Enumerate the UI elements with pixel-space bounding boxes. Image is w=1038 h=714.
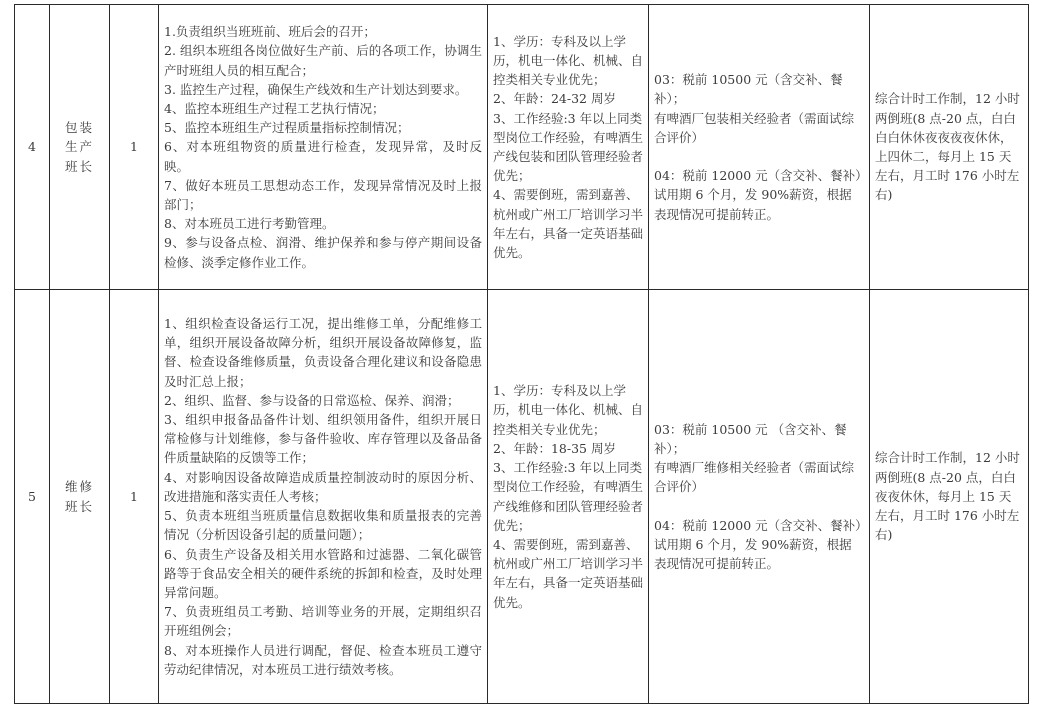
requirement-item: 3、工作经验:3 年以上同类型岗位工作经验，有啤酒生产线维修和团队管理经验者优先… (493, 458, 643, 535)
position-title-line: 包装 (55, 118, 104, 137)
duty-item: 8、对本班员工进行考勤管理。 (164, 214, 482, 233)
row-number: 5 (15, 290, 50, 704)
requirement-item: 2、年龄：18-35 周岁 (493, 439, 643, 458)
position-title-line: 生产 (55, 137, 104, 156)
job-requirements: 1、学历：专科及以上学历，机电一体化、机械、自控类相关专业优先； 2、年龄：24… (488, 5, 649, 290)
duty-item: 8、对本班操作人员进行调配，督促、检查本班员工遵守劳动纪律情况，对本班员工进行绩… (164, 641, 482, 679)
table-row: 5 维修 班长 1 1、组织检查设备运行工况，提出维修工单，分配维修工单，组织开… (15, 290, 1029, 704)
duty-item: 2、组织、监督、参与设备的日常巡检、保养、润滑； (164, 391, 482, 410)
job-requirements: 1、学历：专科及以上学历，机电一体化、机械、自控类相关专业优先； 2、年龄：18… (488, 290, 649, 704)
duty-item: 1、组织检查设备运行工况，提出维修工单，分配维修工单，组织开展设备故障分析，组织… (164, 314, 482, 391)
headcount: 1 (110, 290, 159, 704)
duty-item: 4、对影响因设备故障造成质量控制波动时的原因分析、改进措施和落实责任人考核； (164, 468, 482, 506)
duty-item: 7、做好本班员工思想动态工作，发现异常情况及时上报部门； (164, 176, 482, 214)
position-title: 维修 班长 (50, 290, 110, 704)
duty-item: 6、对本班组物资的质量进行检查，发现异常，及时反映。 (164, 137, 482, 175)
position-title-line: 维修 (55, 477, 104, 496)
duty-item: 2. 组织本班组各岗位做好生产前、后的各项工作，协调生产时班组人员的相互配合； (164, 41, 482, 79)
salary-grade-03: 03：税前 10500 元 （含交补、餐补）； (654, 420, 864, 458)
duty-item: 4、监控本班组生产过程工艺执行情况； (164, 99, 482, 118)
requirement-item: 4、需要倒班，需到嘉善、杭州或广州工厂培训学习半年左右，具备一定英语基础优先。 (493, 535, 643, 612)
probation-note: 试用期 6 个月，发 90%薪资，根据表现情况可提前转正。 (654, 185, 864, 223)
duty-item: 7、负责班组员工考勤、培训等业务的开展，定期组织召开班组例会； (164, 602, 482, 640)
requirement-item: 4、需要倒班，需到嘉善、杭州或广州工厂培训学习半年左右，具备一定英语基础优先。 (493, 185, 643, 262)
salary-grade-04: 04：税前 12000 元（含交补、餐补） (654, 516, 864, 535)
row-number: 4 (15, 5, 50, 290)
duty-item: 5、负责本班组当班质量信息数据收集和质量报表的完善情况（分析因设备引起的质量问题… (164, 506, 482, 544)
salary-grade-03-note: 有啤酒厂包装相关经验者（需面试综合评价） (654, 109, 864, 147)
salary-grade-04: 04：税前 12000 元（含交补、餐补） (654, 166, 864, 185)
duty-item: 3、组织申报备品备件计划、组织领用备件，组织开展日常检修与计划维修，参与备件验收… (164, 410, 482, 468)
working-hours: 综合计时工作制，12 小时两倒班(8 点-20 点，白白夜夜休休，每月上 15 … (870, 290, 1029, 704)
position-title-line: 班长 (55, 497, 104, 516)
salary-info: 03：税前 10500 元 （含交补、餐补）； 有啤酒厂维修相关经验者（需面试综… (649, 290, 870, 704)
duty-item: 5、监控本班组生产过程质量指标控制情况； (164, 118, 482, 137)
salary-grade-03: 03：税前 10500 元（含交补、餐补）； (654, 70, 864, 108)
job-duties: 1、组织检查设备运行工况，提出维修工单，分配维修工单，组织开展设备故障分析，组织… (159, 290, 488, 704)
position-title-line: 班长 (55, 157, 104, 176)
duty-item: 3. 监控生产过程，确保生产线效和生产计划达到要求。 (164, 80, 482, 99)
spacer (654, 147, 864, 166)
table-row: 4 包装 生产 班长 1 1.负责组织当班班前、班后会的召开； 2. 组织本班组… (15, 5, 1029, 290)
duty-item: 9、参与设备点检、润滑、维护保养和参与停产期间设备检修、淡季定修作业工作。 (164, 233, 482, 271)
job-table-page: 4 包装 生产 班长 1 1.负责组织当班班前、班后会的召开； 2. 组织本班组… (14, 4, 1028, 704)
position-title: 包装 生产 班长 (50, 5, 110, 290)
salary-grade-03-note: 有啤酒厂维修相关经验者（需面试综合评价） (654, 458, 864, 496)
probation-note: 试用期 6 个月，发 90%薪资，根据表现情况可提前转正。 (654, 535, 864, 573)
duty-item: 6、负责生产设备及相关用水管路和过滤器、二氧化碳管路等于食品安全相关的硬件系统的… (164, 545, 482, 603)
salary-info: 03：税前 10500 元（含交补、餐补）； 有啤酒厂包装相关经验者（需面试综合… (649, 5, 870, 290)
headcount: 1 (110, 5, 159, 290)
requirement-item: 3、工作经验:3 年以上同类型岗位工作经验，有啤酒生产线包装和团队管理经验者优先… (493, 109, 643, 186)
duty-item: 1.负责组织当班班前、班后会的召开； (164, 22, 482, 41)
job-positions-table: 4 包装 生产 班长 1 1.负责组织当班班前、班后会的召开； 2. 组织本班组… (14, 4, 1029, 704)
requirement-item: 2、年龄：24-32 周岁 (493, 89, 643, 108)
job-duties: 1.负责组织当班班前、班后会的召开； 2. 组织本班组各岗位做好生产前、后的各项… (159, 5, 488, 290)
spacer (654, 497, 864, 516)
requirement-item: 1、学历：专科及以上学历，机电一体化、机械、自控类相关专业优先； (493, 32, 643, 90)
working-hours: 综合计时工作制，12 小时两倒班(8 点-20 点，白白白白休休夜夜夜夜休休，上… (870, 5, 1029, 290)
requirement-item: 1、学历：专科及以上学历，机电一体化、机械、自控类相关专业优先； (493, 381, 643, 439)
